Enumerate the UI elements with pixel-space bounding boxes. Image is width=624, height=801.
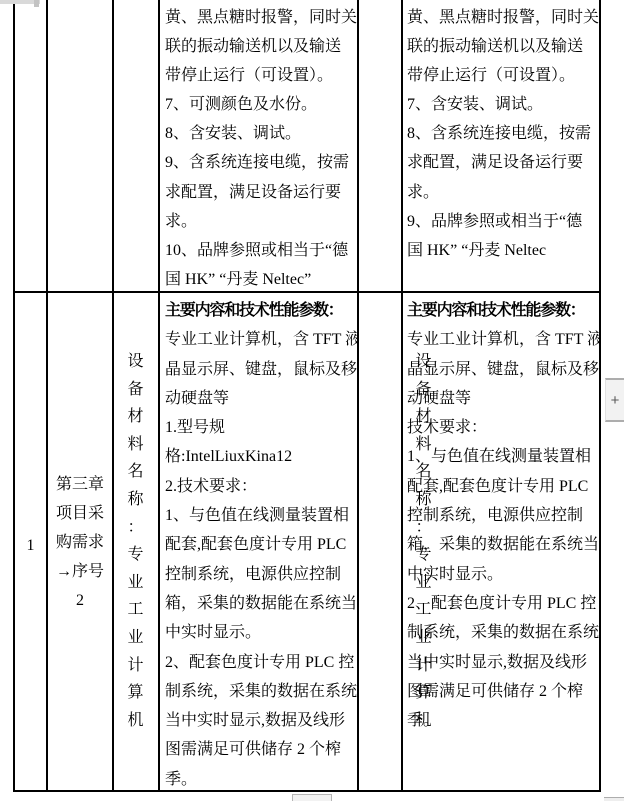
bottom-right-control-sliver bbox=[604, 797, 624, 801]
text-line: 国 HK” “丹麦 Neltec” bbox=[165, 265, 357, 291]
text-line: 称 bbox=[112, 486, 159, 514]
text-line: 算 bbox=[112, 679, 159, 707]
text-line: 2、配套色度计专用 PLC 控 bbox=[407, 589, 599, 618]
top-edge-tick bbox=[34, 0, 39, 7]
text-line: →序号 bbox=[46, 557, 114, 586]
text-line: 业 bbox=[112, 569, 159, 597]
table-cell-item-name-vertical-left[interactable]: 设备材料名称：专业工业计算机 bbox=[112, 348, 159, 736]
text-line: 带停止运行（可设置）。 bbox=[165, 61, 357, 90]
document-page: 黄、黑点糖时报警，同时关联的振动输送机以及输送带停止运行（可设置）。7、可测颜色… bbox=[0, 0, 624, 801]
text-line: 配套,配套色度计专用 PLC bbox=[407, 472, 599, 501]
expand-plus-button[interactable]: + bbox=[605, 378, 624, 422]
text-line: 联的振动输送机以及输送 bbox=[165, 32, 357, 61]
text-line: 中实时显示。 bbox=[165, 618, 357, 647]
table-border-right bbox=[599, 0, 601, 792]
text-line: 动硬盘等 bbox=[165, 384, 357, 413]
text-line: 制系统，采集的数据在系统 bbox=[407, 618, 599, 647]
text-line: 箱，采集的数据能在系统当 bbox=[407, 530, 599, 559]
text-line: 求。 bbox=[407, 178, 599, 207]
text-line: 工 bbox=[112, 596, 159, 624]
spec-section-header: 主要内容和技术性能参数： bbox=[165, 296, 357, 325]
text-line: 购需求 bbox=[46, 528, 114, 557]
text-line: 国 HK” “丹麦 Neltec bbox=[407, 236, 599, 265]
text-line: 2、配套色度计专用 PLC 控 bbox=[165, 648, 357, 677]
table-border-row-divider bbox=[13, 291, 601, 293]
text-line: 带停止运行（可设置）。 bbox=[407, 61, 599, 90]
text-line: 料 bbox=[112, 431, 159, 459]
text-line: 7、可测颜色及水份。 bbox=[165, 90, 357, 119]
text-line: 黄、黑点糖时报警，同时关 bbox=[165, 3, 357, 32]
text-line: 晶显示屏、键盘，鼠标及移 bbox=[165, 355, 357, 384]
text-line: 格:IntelLiuxKina12 bbox=[165, 442, 357, 471]
text-line: 中实时显示。 bbox=[407, 560, 599, 589]
text-line: 1、与色值在线测量装置相 bbox=[165, 501, 357, 530]
text-line: 动硬盘等 bbox=[407, 384, 599, 413]
table-cell-spec-right-continued[interactable]: 黄、黑点糖时报警，同时关联的振动输送机以及输送带停止运行（可设置）。7、含安装、… bbox=[407, 3, 599, 291]
text-line: 专业工业计算机，含 TFT 液 bbox=[407, 325, 599, 354]
text-line: 求配置，满足设备运行要 bbox=[165, 178, 357, 207]
text-line: 晶显示屏、键盘，鼠标及移 bbox=[407, 355, 599, 384]
text-line: 图需满足可供储存 2 个榨 bbox=[165, 735, 357, 764]
bottom-expand-button-partial[interactable] bbox=[292, 794, 332, 801]
table-border-col1 bbox=[46, 0, 48, 792]
text-line: 黄、黑点糖时报警，同时关 bbox=[407, 3, 599, 32]
text-line: 联的振动输送机以及输送 bbox=[407, 32, 599, 61]
text-line: 图需满足可供储存 2 个榨 bbox=[407, 677, 599, 706]
text-line: 求配置，满足设备运行要 bbox=[407, 148, 599, 177]
table-cell-spec-left[interactable]: 主要内容和技术性能参数： 专业工业计算机，含 TFT 液晶显示屏、键盘，鼠标及移… bbox=[165, 296, 357, 790]
text-line: 配套,配套色度计专用 PLC bbox=[165, 530, 357, 559]
text-line: 控制系统，电源供应控制 bbox=[407, 501, 599, 530]
text-line: 季。 bbox=[407, 706, 599, 735]
text-line: 2.技术要求： bbox=[165, 472, 357, 501]
table-border-col4 bbox=[357, 0, 359, 792]
table-cell-spec-left-continued[interactable]: 黄、黑点糖时报警，同时关联的振动输送机以及输送带停止运行（可设置）。7、可测颜色… bbox=[165, 3, 357, 291]
text-line: 备 bbox=[112, 376, 159, 404]
table-border-left bbox=[13, 0, 15, 792]
text-line: 名 bbox=[112, 458, 159, 486]
text-line: 专 bbox=[112, 541, 159, 569]
text-line: 控制系统，电源供应控制 bbox=[165, 560, 357, 589]
table-cell-spec-right[interactable]: 主要内容和技术性能参数： 专业工业计算机，含 TFT 液晶显示屏、键盘，鼠标及移… bbox=[407, 296, 599, 790]
text-line: 9、品牌参照或相当于“德 bbox=[407, 207, 599, 236]
text-line: 业 bbox=[112, 624, 159, 652]
text-line: 计 bbox=[112, 652, 159, 680]
text-line: 项目采 bbox=[46, 499, 114, 528]
text-line: 季。 bbox=[165, 765, 357, 790]
table-border-bottom bbox=[13, 790, 601, 792]
text-line: 机 bbox=[112, 707, 159, 735]
text-line: 1、与色值在线测量装置相 bbox=[407, 442, 599, 471]
text-line: 第三章 bbox=[46, 470, 114, 499]
text-line: 7、含安装、调试。 bbox=[407, 90, 599, 119]
text-line: 制系统，采集的数据在系统 bbox=[165, 677, 357, 706]
text-line: 1.型号规 bbox=[165, 413, 357, 442]
text-line: 材 bbox=[112, 403, 159, 431]
table-cell-index[interactable]: 1 bbox=[13, 531, 48, 560]
text-line: 求。 bbox=[165, 207, 357, 236]
text-line: 2 bbox=[46, 586, 114, 615]
text-line: 9、含系统连接电缆，按需 bbox=[165, 148, 357, 177]
spec-section-header: 主要内容和技术性能参数： bbox=[407, 296, 599, 325]
text-line: 8、含系统连接电缆，按需 bbox=[407, 119, 599, 148]
text-line: 8、含安装、调试。 bbox=[165, 119, 357, 148]
text-line: 专业工业计算机，含 TFT 液 bbox=[165, 325, 357, 354]
text-line: 10、品牌参照或相当于“德 bbox=[165, 236, 357, 265]
text-line: 箱，采集的数据能在系统当 bbox=[165, 589, 357, 618]
text-line: 设 bbox=[112, 348, 159, 376]
text-line: 当中实时显示,数据及线形 bbox=[407, 648, 599, 677]
table-cell-chapter-reference[interactable]: 第三章项目采购需求→序号2 bbox=[46, 470, 114, 616]
text-line: 技术要求： bbox=[407, 413, 599, 442]
text-line: ： bbox=[112, 514, 159, 542]
text-line: 当中实时显示,数据及线形 bbox=[165, 706, 357, 735]
